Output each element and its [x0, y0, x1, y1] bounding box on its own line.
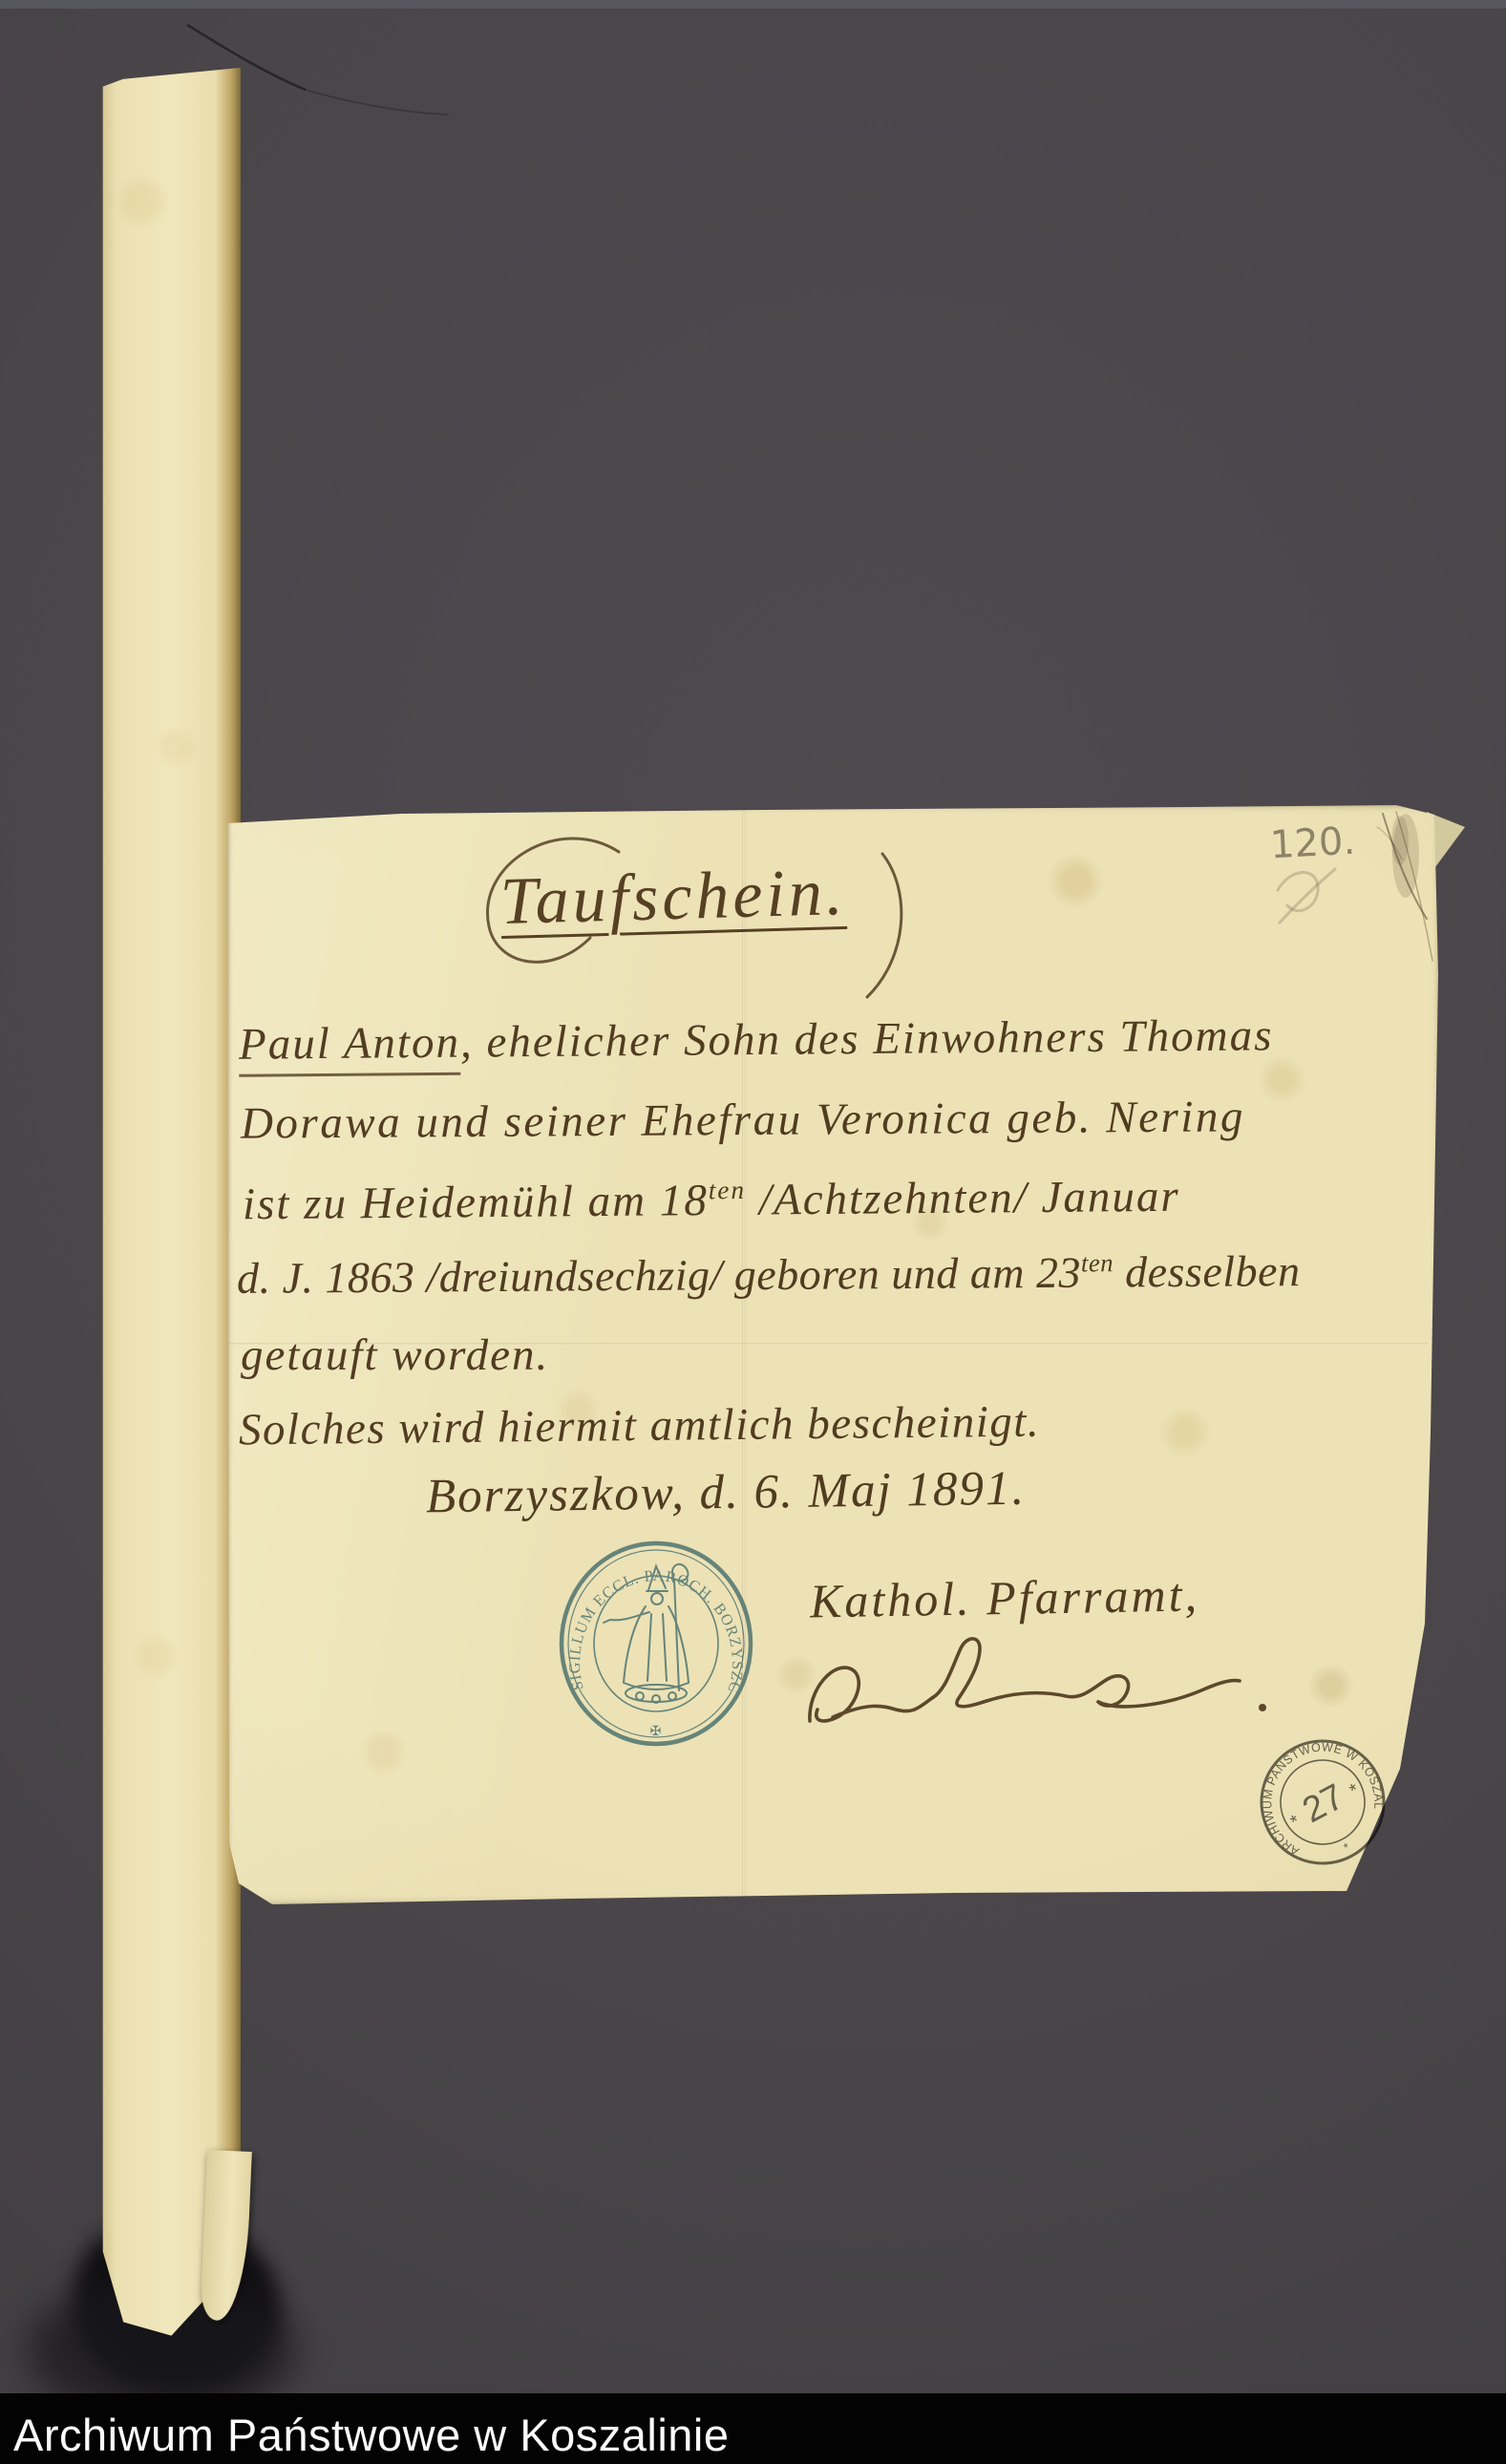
- certificate-line-5: getauft worden.: [241, 1329, 549, 1381]
- certificate-dateline: Borzyszkow, d. 6. Maj 1891.: [426, 1461, 1027, 1525]
- caption-bar: Archiwum Państwowe w Koszalinie: [0, 2393, 1506, 2464]
- certificate-line-6: Solches wird hiermit amtlich bescheinigt…: [239, 1396, 1041, 1456]
- archive-stamp-left-star: *: [1287, 1811, 1304, 1833]
- archive-stamp-number: 27: [1296, 1776, 1350, 1831]
- line-3-b: /Achtzehnten/ Januar: [746, 1172, 1180, 1225]
- scanner-bed-top-edge: [0, 0, 1506, 9]
- scanned-archive-document: Taufschein. Paul Anton, ehelicher Sohn d…: [0, 0, 1506, 2464]
- certificate-line-3: ist zu Heidemühl am 18ten /Achtzehnten/ …: [243, 1171, 1180, 1231]
- parish-seal-stamp: SIGILLUM ECCL. PAROCH. BORZYSZCOVIENSIS …: [556, 1538, 756, 1750]
- certificate-line-1: Paul Anton, ehelicher Sohn des Einwohner…: [239, 1009, 1274, 1070]
- certificate-office-line: Kathol. Pfarramt,: [810, 1566, 1200, 1628]
- seal-bottom-cross: ✠: [650, 1725, 663, 1739]
- line-4-superscript: ten: [1081, 1248, 1114, 1277]
- child-name: Paul Anton: [239, 1018, 460, 1077]
- archive-stamp-bottom-star: *: [1341, 1839, 1352, 1855]
- line-4-b: desselben: [1114, 1246, 1301, 1296]
- line-1-rest: , ehelicher Sohn des Einwohners Thomas: [460, 1010, 1274, 1067]
- line-3-a: ist zu Heidemühl am 18: [243, 1176, 709, 1229]
- line-3-superscript: ten: [709, 1176, 747, 1204]
- certificate-line-2: Dorawa und seiner Ehefrau Veronica geb. …: [241, 1091, 1245, 1149]
- folded-page-spine: [99, 65, 241, 2338]
- certificate-title: Taufschein.: [499, 855, 847, 941]
- certificate-line-4: d. J. 1863 /dreiundsechzig/ geboren und …: [237, 1245, 1301, 1304]
- line-4-a: d. J. 1863 /dreiundsechzig/ geboren und …: [237, 1248, 1081, 1303]
- archival-page-number: 120.: [1269, 819, 1356, 868]
- archive-caption: Archiwum Państwowe w Koszalinie: [13, 2409, 730, 2461]
